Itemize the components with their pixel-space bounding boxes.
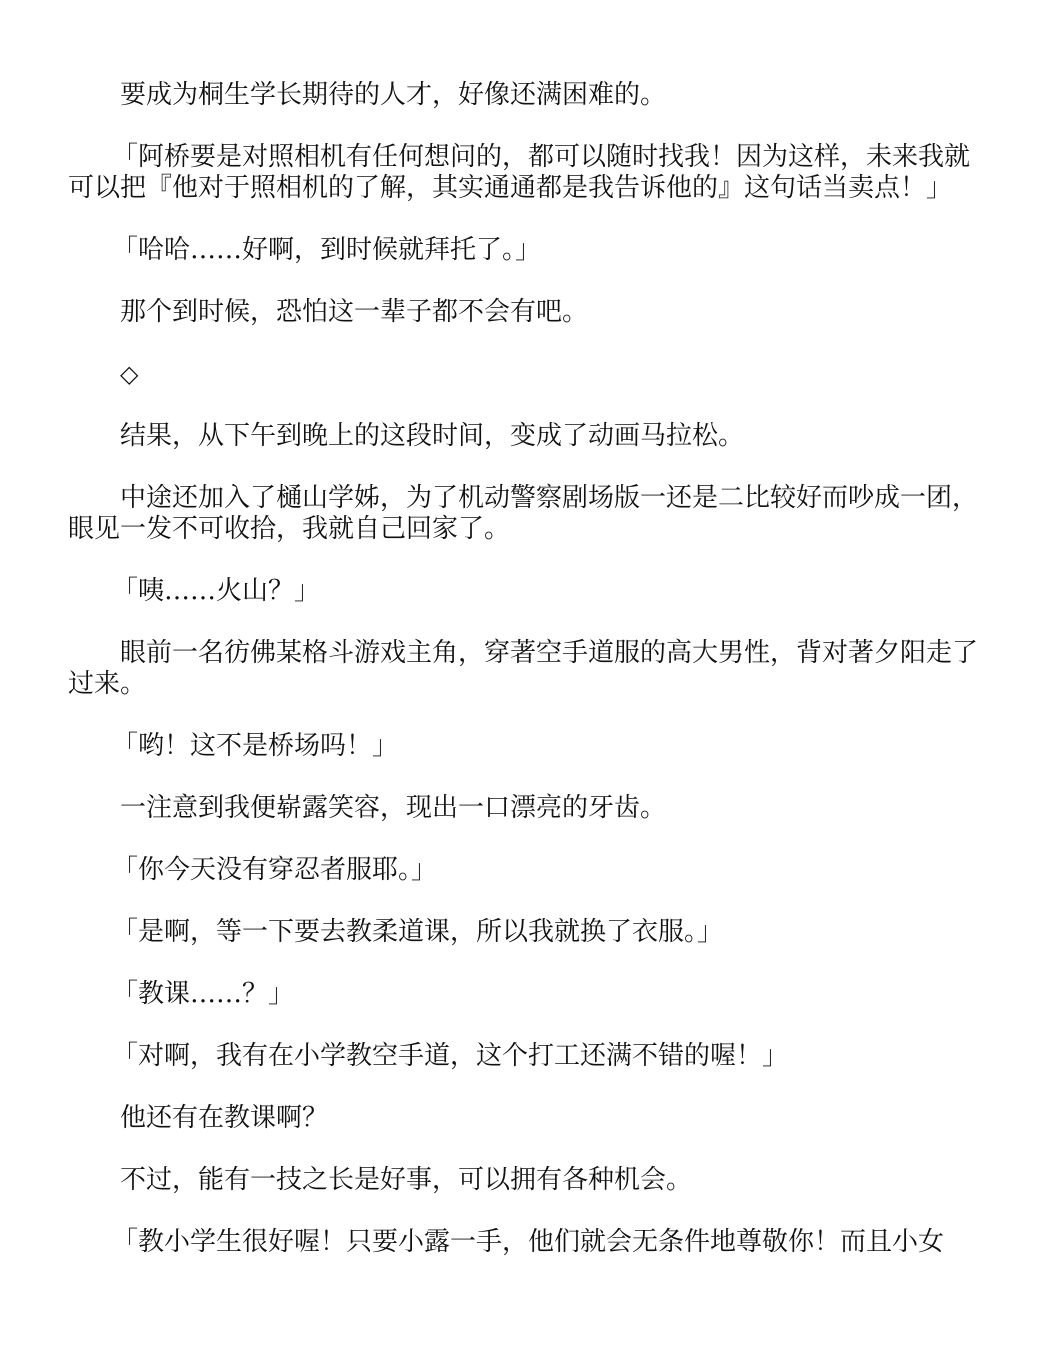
paragraph-dialogue: 「哟！这不是桥场吗！」 — [68, 731, 988, 762]
paragraph-narration: 那个到时候，恐怕这一辈子都不会有吧。 — [68, 297, 988, 328]
paragraph-dialogue: 「哈哈……好啊，到时候就拜托了。」 — [68, 235, 988, 266]
document-page: 要成为桐生学长期待的人才，好像还满困难的。 「阿桥要是对照相机有任何想问的，都可… — [68, 80, 988, 1289]
paragraph-dialogue: 「对啊，我有在小学教空手道，这个打工还满不错的喔！」 — [68, 1041, 988, 1072]
paragraph-narration: 眼前一名彷佛某格斗游戏主角，穿著空手道服的高大男性，背对著夕阳走了过来。 — [68, 638, 988, 700]
paragraph-narration: 他还有在教课啊？ — [68, 1103, 988, 1134]
paragraph-dialogue: 「是啊，等一下要去教柔道课，所以我就换了衣服。」 — [68, 917, 988, 948]
paragraph-narration: 中途还加入了樋山学姊，为了机动警察剧场版一还是二比较好而吵成一团，眼见一发不可收… — [68, 483, 988, 545]
paragraph-narration: 一注意到我便崭露笑容，现出一口漂亮的牙齿。 — [68, 793, 988, 824]
paragraph-narration: 不过，能有一技之长是好事，可以拥有各种机会。 — [68, 1165, 988, 1196]
paragraph-dialogue: 「阿桥要是对照相机有任何想问的，都可以随时找我！因为这样，未来我就可以把『他对于… — [68, 142, 988, 204]
paragraph-narration: 要成为桐生学长期待的人才，好像还满困难的。 — [68, 80, 988, 111]
paragraph-dialogue: 「教课……？」 — [68, 979, 988, 1010]
paragraph-dialogue: 「你今天没有穿忍者服耶。」 — [68, 855, 988, 886]
paragraph-dialogue: 「教小学生很好喔！只要小露一手，他们就会无条件地尊敬你！而且小女 — [68, 1227, 988, 1258]
paragraph-dialogue: 「咦……火山？」 — [68, 576, 988, 607]
paragraph-narration: 结果，从下午到晚上的这段时间，变成了动画马拉松。 — [68, 421, 988, 452]
section-separator-diamond: ◇ — [68, 359, 988, 390]
